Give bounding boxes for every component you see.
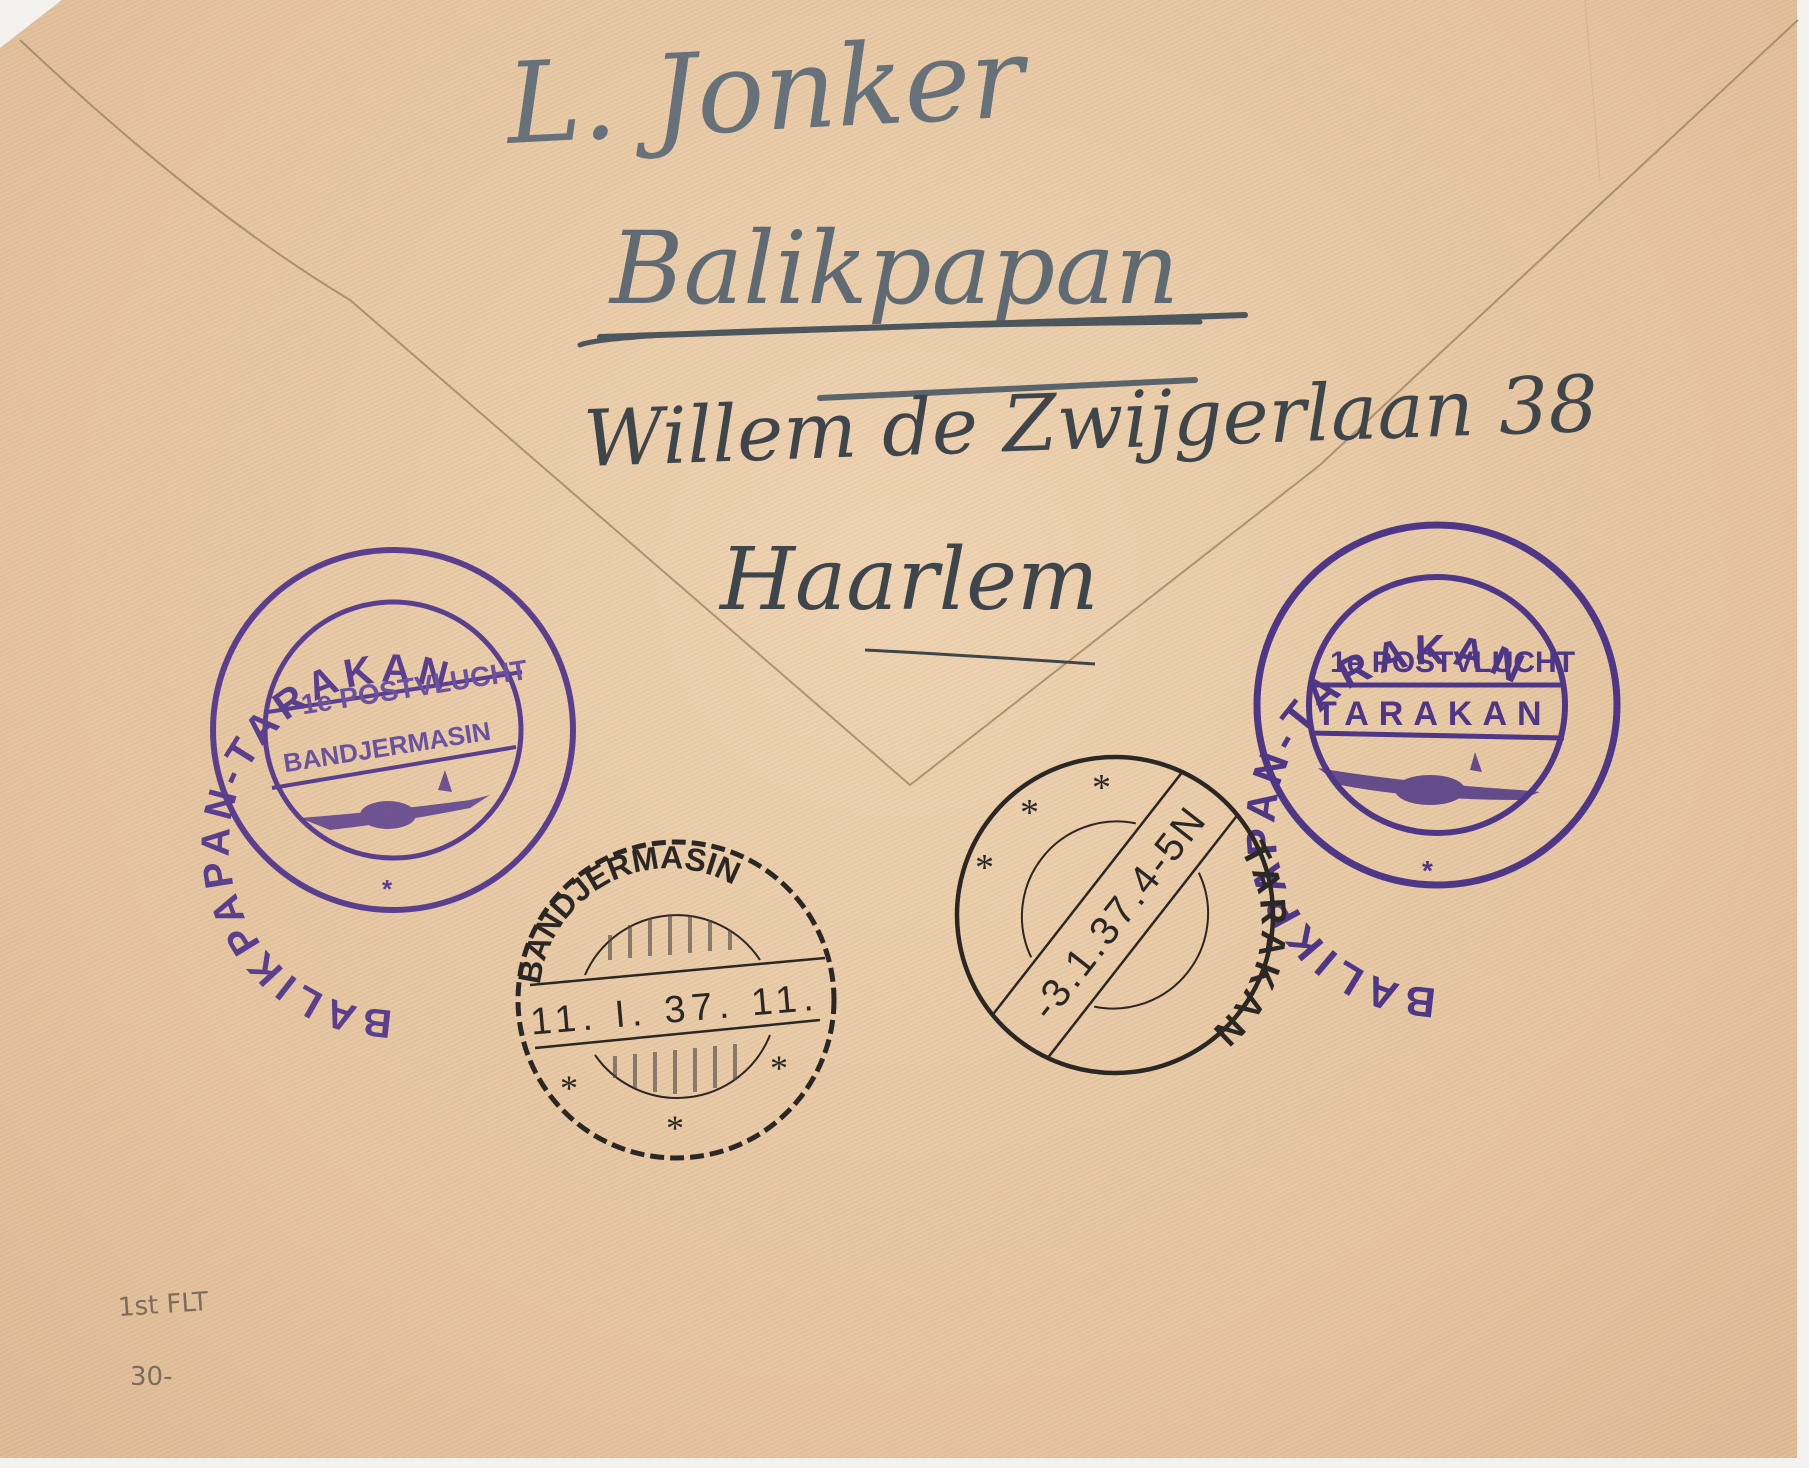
postmark-tarakan: -3.1.37.4-5N TARAKAN * * * (0, 0, 1809, 1468)
postmark-date: -3.1.37.4-5N (1022, 798, 1216, 1029)
postmark-town: TARAKAN (1203, 834, 1295, 1057)
ornament-icon: * (1020, 792, 1039, 834)
svg-text:TARAKAN: TARAKAN (1203, 834, 1295, 1057)
pencil-note-price: 30- (130, 1362, 172, 1392)
ornament-icon: * (975, 847, 994, 889)
pencil-note-flight: 1st FLT (117, 1287, 209, 1323)
ornament-icon: * (1092, 767, 1111, 809)
